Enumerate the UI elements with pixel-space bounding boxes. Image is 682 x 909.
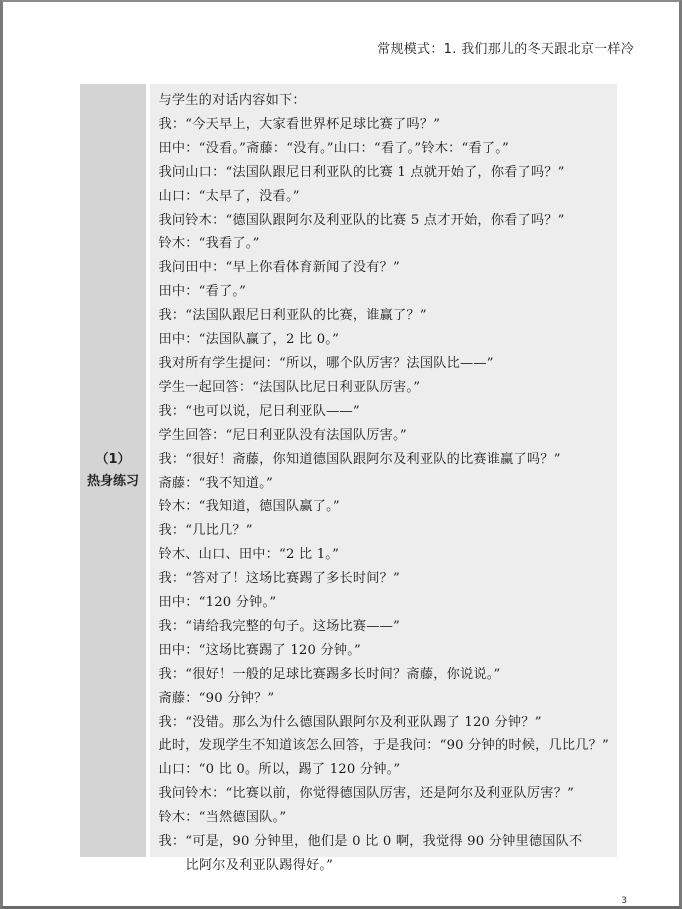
dialogue-line: 我：“几比几？”: [159, 519, 609, 543]
dialogue-line-continuation: 比阿尔及利亚队踢得好。”: [159, 854, 609, 878]
lesson-table: （1） 热身练习 与学生的对话内容如下： 我：“今天早上，大家看世界杯足球比赛了…: [80, 84, 617, 857]
dialogue-line: 学生回答：“尼日利亚队没有法国队厉害。”: [159, 424, 609, 448]
dialogue-line: 与学生的对话内容如下：: [159, 89, 609, 113]
section-title: 热身练习: [87, 471, 139, 493]
page-number: 3: [621, 896, 627, 906]
dialogue-content-cell: 与学生的对话内容如下： 我：“今天早上，大家看世界杯足球比赛了吗？” 田中：“没…: [150, 84, 617, 857]
dialogue-line: 我问山口：“法国队跟尼日利亚队的比赛 1 点就开始了，你看了吗？”: [159, 161, 609, 185]
dialogue-line: 我：“法国队跟尼日利亚队的比赛，谁赢了？”: [159, 304, 609, 328]
dialogue-line: 我对所有学生提问：“所以，哪个队厉害？法国队比——”: [159, 352, 609, 376]
dialogue-line: 山口：“0 比 0。所以，踢了 120 分钟。”: [159, 758, 609, 782]
dialogue-line: 我：“可是，90 分钟里，他们是 0 比 0 啊，我觉得 90 分钟里德国队不: [159, 830, 609, 854]
dialogue-line: 铃木：“我知道，德国队赢了。”: [159, 495, 609, 519]
dialogue-line: 田中：“看了。”: [159, 280, 609, 304]
dialogue-line: 学生一起回答：“法国队比尼日利亚队厉害。”: [159, 376, 609, 400]
dialogue-line: 铃木：“我看了。”: [159, 232, 609, 256]
running-header: 常规模式：1. 我们那儿的冬天跟北京一样冷: [377, 38, 634, 57]
dialogue-line: 我：“今天早上，大家看世界杯足球比赛了吗？”: [159, 113, 609, 137]
dialogue-line: 我：“没错。那么为什么德国队跟阿尔及利亚队踢了 120 分钟？”: [159, 711, 609, 735]
document-page: 常规模式：1. 我们那儿的冬天跟北京一样冷 （1） 热身练习 与学生的对话内容如…: [0, 0, 682, 909]
section-number: （1）: [96, 449, 131, 471]
dialogue-line: 我：“很好！斋藤，你知道德国队跟阿尔及利亚队的比赛谁赢了吗？”: [159, 448, 609, 472]
dialogue-line: 此时，发现学生不知道该怎么回答，于是我问：“90 分钟的时候，几比几？”: [159, 734, 609, 758]
dialogue-line: 我：“也可以说，尼日利亚队——”: [159, 400, 609, 424]
dialogue-line: 田中：“这场比赛踢了 120 分钟。”: [159, 639, 609, 663]
dialogue-line: 我问铃木：“德国队跟阿尔及利亚队的比赛 5 点才开始，你看了吗？”: [159, 209, 609, 233]
dialogue-line: 田中：“法国队赢了，2 比 0。”: [159, 328, 609, 352]
section-label-cell: （1） 热身练习: [80, 84, 146, 857]
dialogue-line: 我问铃木：“比赛以前，你觉得德国队厉害，还是阿尔及利亚队厉害？”: [159, 782, 609, 806]
dialogue-line: 我：“很好！一般的足球比赛踢多长时间？斋藤，你说说。”: [159, 663, 609, 687]
dialogue-line: 我问田中：“早上你看体育新闻了没有？”: [159, 256, 609, 280]
dialogue-line: 我：“请给我完整的句子。这场比赛——”: [159, 615, 609, 639]
dialogue-line: 我：“答对了！这场比赛踢了多长时间？”: [159, 567, 609, 591]
dialogue-line: 斋藤：“90 分钟？”: [159, 687, 609, 711]
dialogue-line: 山口：“太早了，没看。”: [159, 185, 609, 209]
dialogue-line: 铃木：“当然德国队。”: [159, 806, 609, 830]
dialogue-line: 铃木、山口、田中：“2 比 1。”: [159, 543, 609, 567]
dialogue-line: 田中：“120 分钟。”: [159, 591, 609, 615]
dialogue-line: 斋藤：“我不知道。”: [159, 472, 609, 496]
dialogue-line: 田中：“没看。”斋藤：“没有。”山口：“看了。”铃木：“看了。”: [159, 137, 609, 161]
